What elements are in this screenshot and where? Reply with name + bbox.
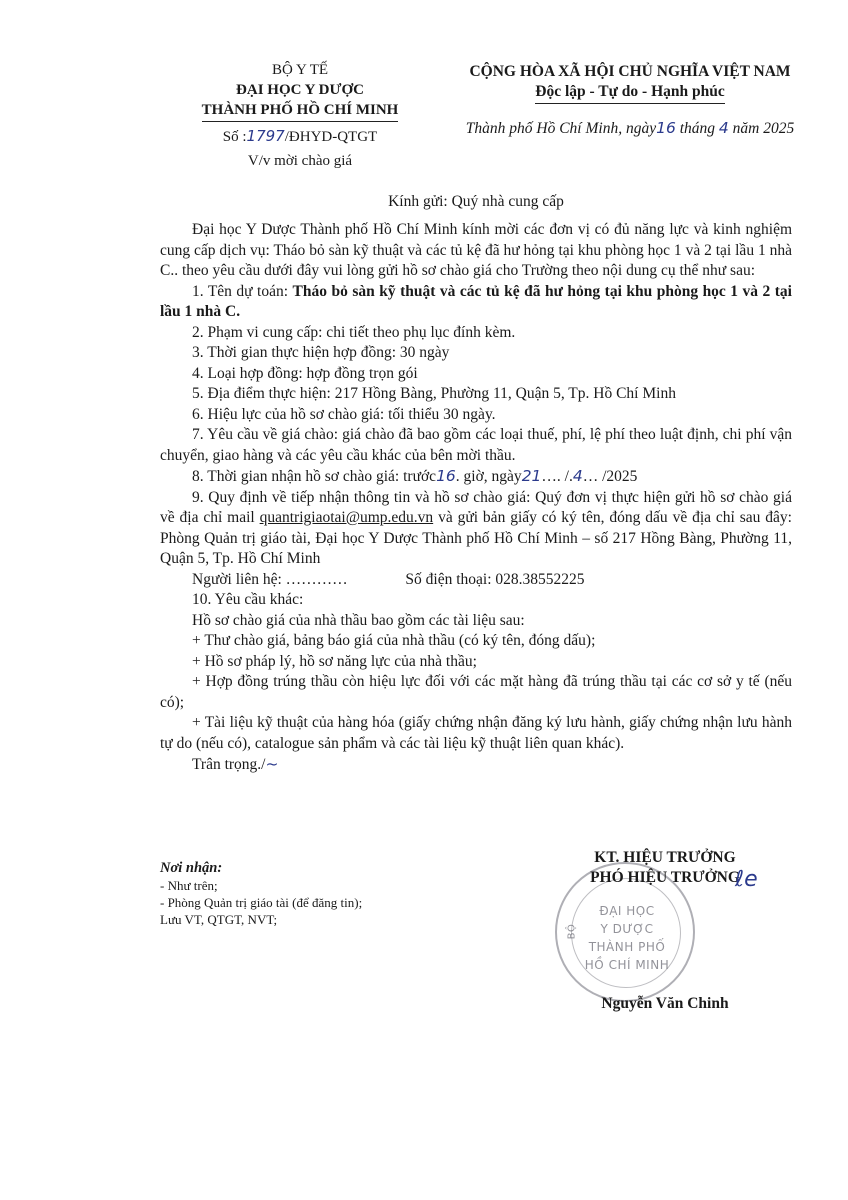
- document-number: Số :1797/ĐHYD-QTGT: [150, 126, 450, 147]
- recipient-item: - Như trên;: [160, 877, 460, 894]
- university-name-line1: ĐẠI HỌC Y DƯỢC: [150, 80, 450, 100]
- document-subject: V/v mời chào giá: [150, 151, 450, 171]
- item-10: 10. Yêu cầu khác:: [160, 590, 792, 611]
- handwritten-doc-number: 1797: [247, 127, 285, 145]
- salutation: Kính gửi: Quý nhà cung cấp: [160, 193, 792, 211]
- item-8: 8. Thời gian nhận hồ sơ chào giá: trước1…: [160, 466, 792, 488]
- requirement-list-item: + Tài liệu kỹ thuật của hàng hóa (giấy c…: [160, 713, 792, 754]
- recipients-block: Nơi nhận: - Như trên; - Phòng Quản trị g…: [160, 860, 460, 928]
- recipient-item: Lưu VT, QTGT, NVT;: [160, 911, 460, 928]
- initial-mark: ~: [266, 755, 279, 773]
- recipients-title: Nơi nhận:: [160, 860, 460, 877]
- item-5: 5. Địa điểm thực hiện: 217 Hồng Bàng, Ph…: [160, 384, 792, 405]
- requirement-list-item: + Thư chào giá, bảng báo giá của nhà thầ…: [160, 631, 792, 652]
- signature-scribble: ℓe: [735, 870, 758, 890]
- signer-title-1: KT. HIỆU TRƯỞNG: [545, 848, 785, 868]
- contact-phone: Số điện thoại: 028.38552225: [405, 571, 584, 588]
- item-3: 3. Thời gian thực hiện hợp đồng: 30 ngày: [160, 343, 792, 364]
- recipient-item: - Phòng Quản trị giáo tài (để đăng tin);: [160, 894, 460, 911]
- signature-block: KT. HIỆU TRƯỞNG PHÓ HIỆU TRƯỞNG ℓe Nguyễ…: [545, 848, 785, 1014]
- requirement-list-item: + Hồ sơ pháp lý, hồ sơ năng lực của nhà …: [160, 652, 792, 673]
- closing: Trân trọng./~: [160, 754, 792, 776]
- signer-name: Nguyễn Văn Chinh: [545, 994, 785, 1014]
- item-9: 9. Quy định về tiếp nhận thông tin và hồ…: [160, 488, 792, 570]
- contact-line: Người liên hệ: ………… Số điện thoại: 028.3…: [160, 570, 792, 591]
- letter-body: Đại học Y Dược Thành phố Hồ Chí Minh kín…: [160, 220, 792, 776]
- contact-person: Người liên hệ: …………: [192, 571, 348, 588]
- university-name-line2: THÀNH PHỐ HỒ CHÍ MINH: [202, 100, 399, 122]
- nation-title: CỘNG HÒA XÃ HỘI CHỦ NGHĨA VIỆT NAM: [420, 62, 840, 82]
- item-7: 7. Yêu cầu về giá chào: giá chào đã bao …: [160, 425, 792, 466]
- issue-date: Thành phố Hồ Chí Minh, ngày16 tháng 4 nă…: [420, 118, 840, 139]
- email-link[interactable]: quantrigiaotai@ump.edu.vn: [260, 509, 434, 526]
- national-motto: Độc lập - Tự do - Hạnh phúc: [535, 82, 724, 104]
- item-6: 6. Hiệu lực của hồ sơ chào giá: tối thiể…: [160, 405, 792, 426]
- requirement-list-item: + Hợp đồng trúng thầu còn hiệu lực đối v…: [160, 672, 792, 713]
- national-header: CỘNG HÒA XÃ HỘI CHỦ NGHĨA VIỆT NAM Độc l…: [420, 62, 840, 139]
- item-4: 4. Loại hợp đồng: hợp đồng trọn gói: [160, 364, 792, 385]
- intro-paragraph: Đại học Y Dược Thành phố Hồ Chí Minh kín…: [160, 220, 792, 282]
- item-10-intro: Hồ sơ chào giá của nhà thầu bao gồm các …: [160, 611, 792, 632]
- ministry-name: BỘ Y TẾ: [150, 60, 450, 80]
- item-1: 1. Tên dự toán: Tháo bỏ sàn kỹ thuật và …: [160, 282, 792, 323]
- item-2: 2. Phạm vi cung cấp: chi tiết theo phụ l…: [160, 323, 792, 344]
- issuer-block: BỘ Y TẾ ĐẠI HỌC Y DƯỢC THÀNH PHỐ HỒ CHÍ …: [150, 60, 450, 171]
